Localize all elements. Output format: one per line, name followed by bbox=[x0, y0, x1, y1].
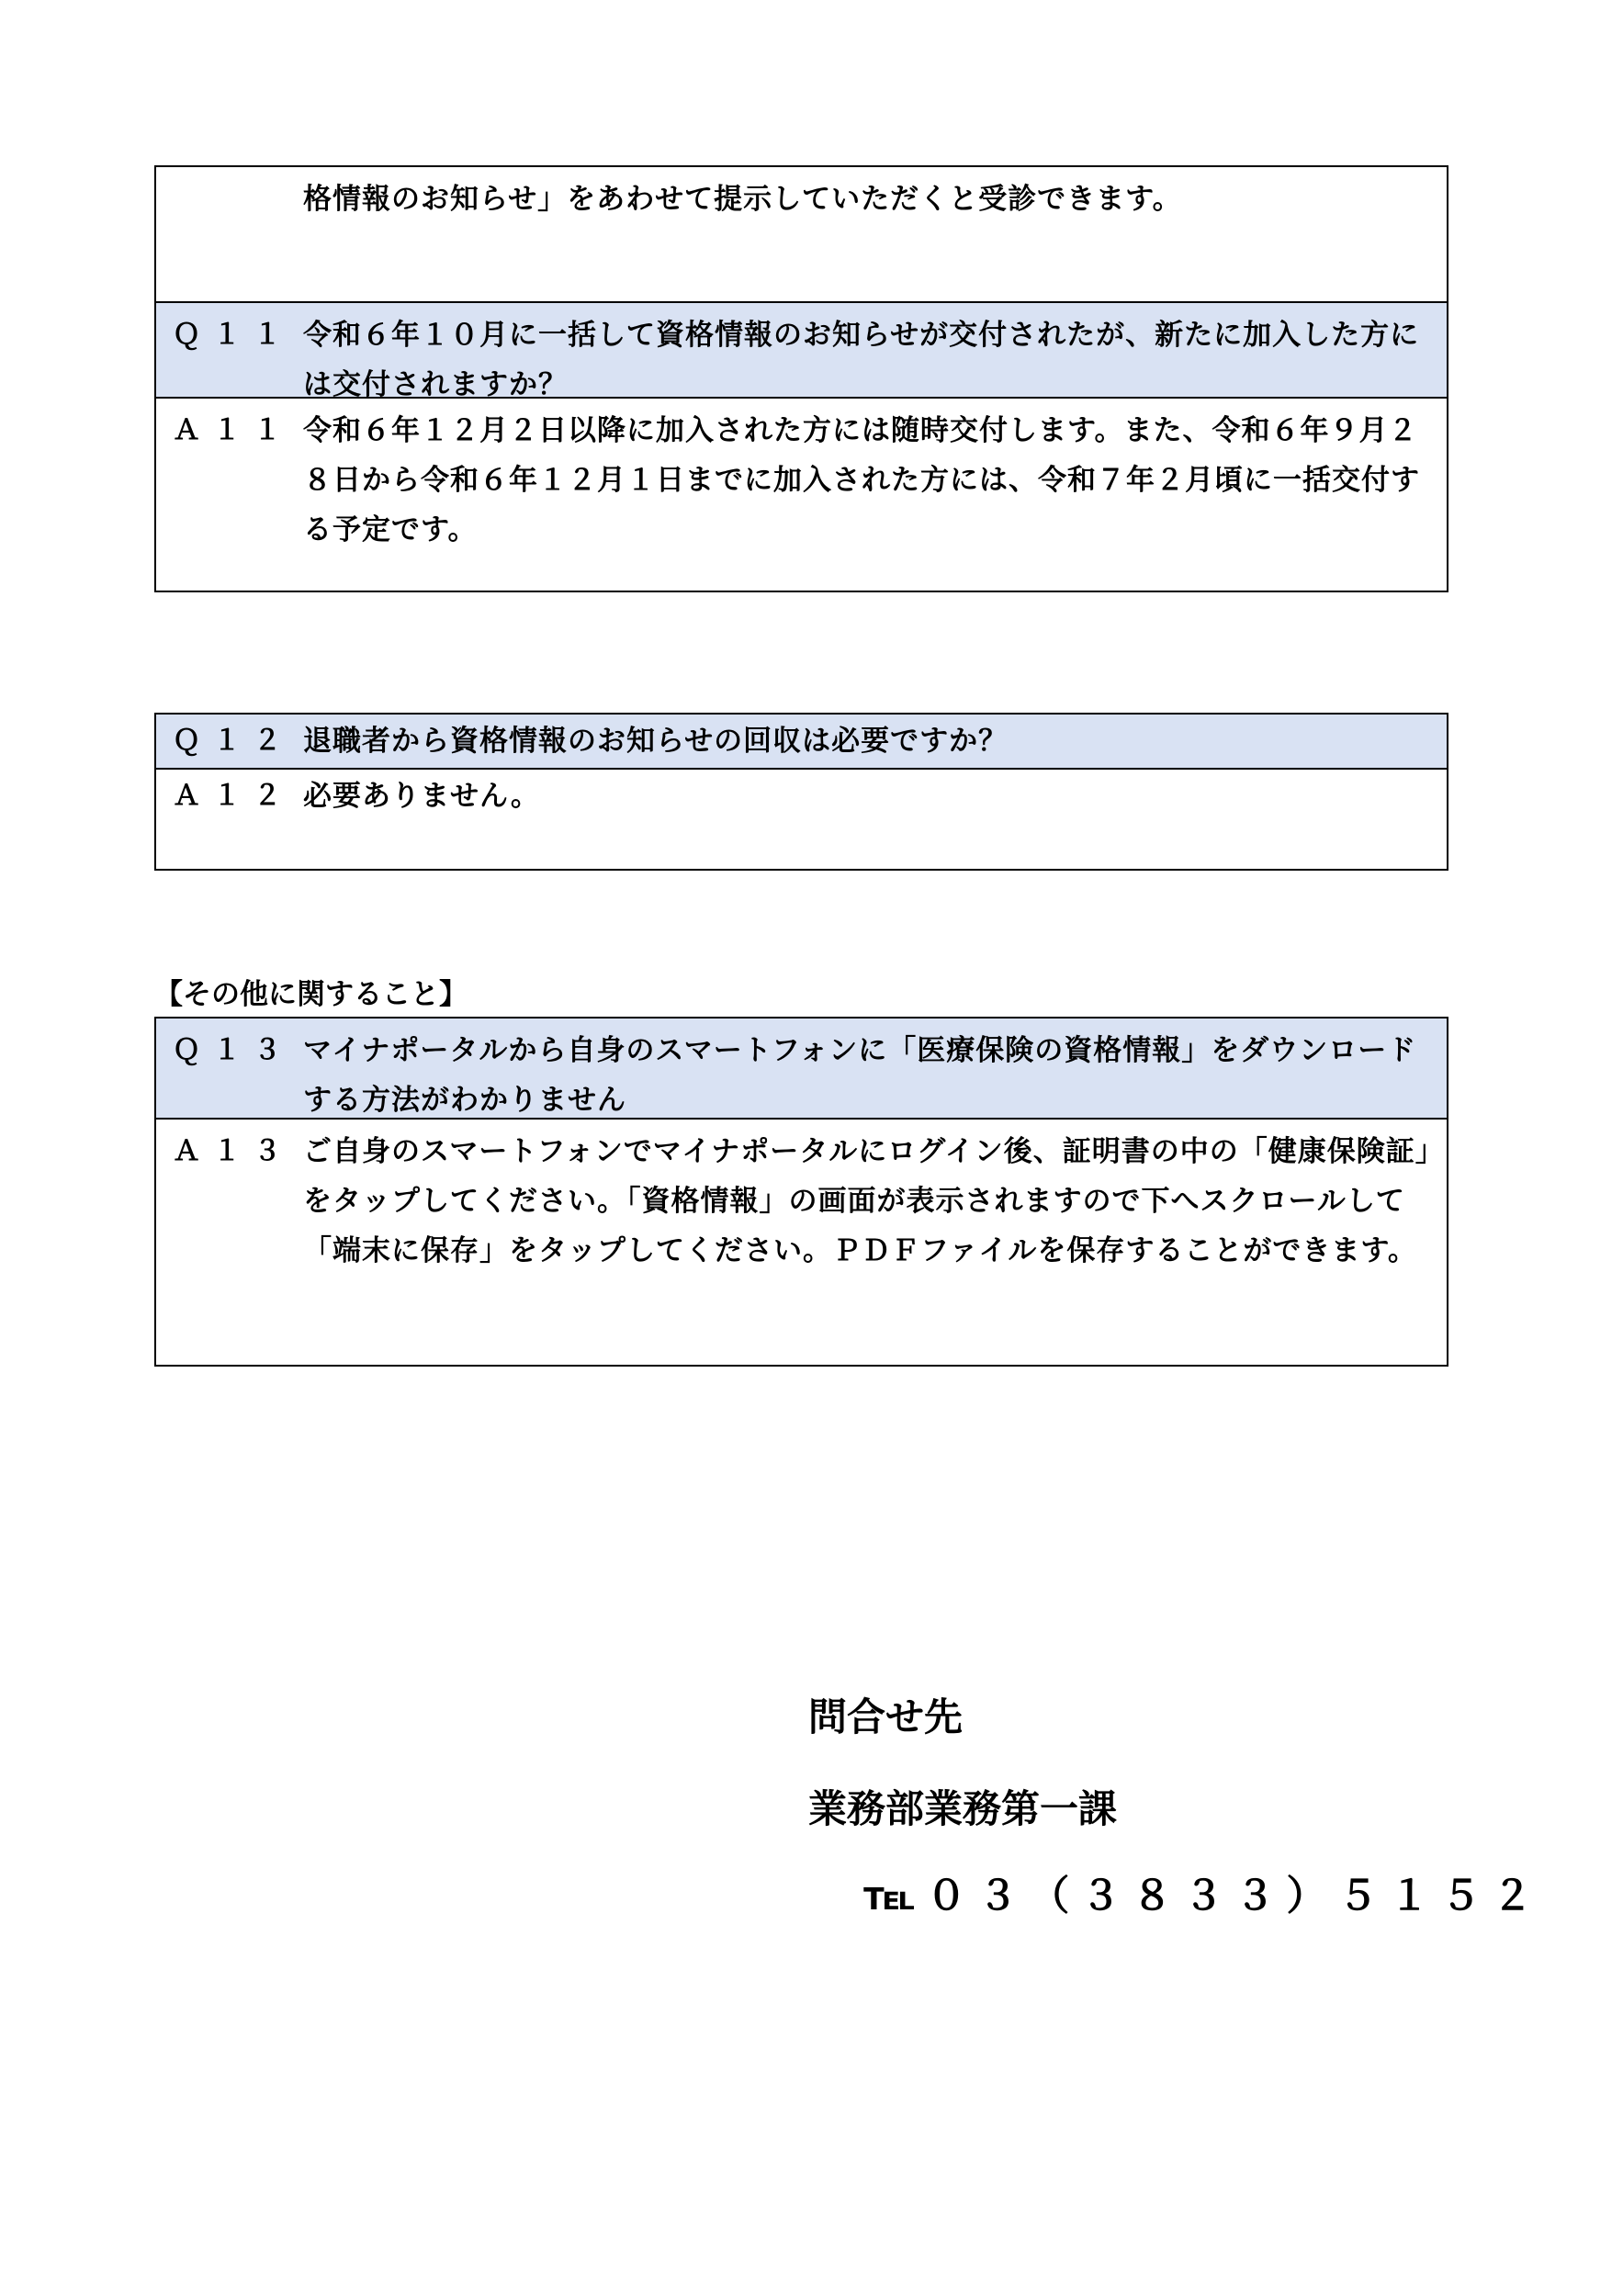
answer-label: Ａ１２ bbox=[173, 771, 294, 821]
question-text: マイナポータルから自身のスマートフォンに「医療保険の資格情報」をダウンロードする… bbox=[303, 1019, 1436, 1125]
question-label: Ｑ１３ bbox=[173, 1026, 294, 1075]
qa-table-q12: Ｑ１２ 退職者から資格情報のお知らせの回収は必要ですか？ Ａ１２ 必要ありません… bbox=[154, 713, 1448, 871]
continued-answer-text: 格情報のお知らせ」をあわせて提示していただくと受診できます。 bbox=[303, 167, 1436, 224]
answer-row-a12: Ａ１２ 必要ありません。 bbox=[156, 768, 1447, 869]
question-text: 令和６年１０月に一括して資格情報のお知らせが交付されたが、新たに加入した方には交… bbox=[303, 303, 1436, 410]
qa-table-q11: 格情報のお知らせ」をあわせて提示していただくと受診できます。 Ｑ１１ 令和６年１… bbox=[154, 165, 1448, 592]
contact-heading: 問合せ先 bbox=[808, 1694, 963, 1740]
answer-text: 令和６年１２月２日以降に加入された方には随時交付します。また、令和６年９月２８日… bbox=[303, 399, 1436, 555]
question-label: Ｑ１１ bbox=[173, 310, 294, 360]
answer-text: ご自身のスマートフォンでマイナポータルにログイン後、証明書の中の「健康保険証」を… bbox=[303, 1120, 1436, 1276]
question-row-q12: Ｑ１２ 退職者から資格情報のお知らせの回収は必要ですか？ bbox=[156, 715, 1447, 768]
contact-department: 業務部業務第一課 bbox=[808, 1786, 1117, 1832]
answer-text: 必要ありません。 bbox=[303, 770, 1436, 821]
answer-row-a11: Ａ１１ 令和６年１２月２日以降に加入された方には随時交付します。また、令和６年９… bbox=[156, 397, 1447, 591]
question-row-q13: Ｑ１３ マイナポータルから自身のスマートフォンに「医療保険の資格情報」をダウンロ… bbox=[156, 1019, 1447, 1118]
question-row-q11: Ｑ１１ 令和６年１０月に一括して資格情報のお知らせが交付されたが、新たに加入した… bbox=[156, 301, 1447, 397]
question-text: 退職者から資格情報のお知らせの回収は必要ですか？ bbox=[303, 715, 1436, 766]
answer-row-a13: Ａ１３ ご自身のスマートフォンでマイナポータルにログイン後、証明書の中の「健康保… bbox=[156, 1118, 1447, 1365]
answer-label: Ａ１３ bbox=[173, 1127, 294, 1176]
section-title-other: 【その他に関すること】 bbox=[154, 976, 468, 1013]
continued-answer-row: 格情報のお知らせ」をあわせて提示していただくと受診できます。 bbox=[156, 167, 1447, 301]
answer-label: Ａ１１ bbox=[173, 406, 294, 456]
contact-phone: ℡０３（３８３３）５１５２ bbox=[863, 1874, 1543, 1919]
qa-table-q13: Ｑ１３ マイナポータルから自身のスマートフォンに「医療保険の資格情報」をダウンロ… bbox=[154, 1017, 1448, 1367]
question-label: Ｑ１２ bbox=[173, 716, 294, 766]
